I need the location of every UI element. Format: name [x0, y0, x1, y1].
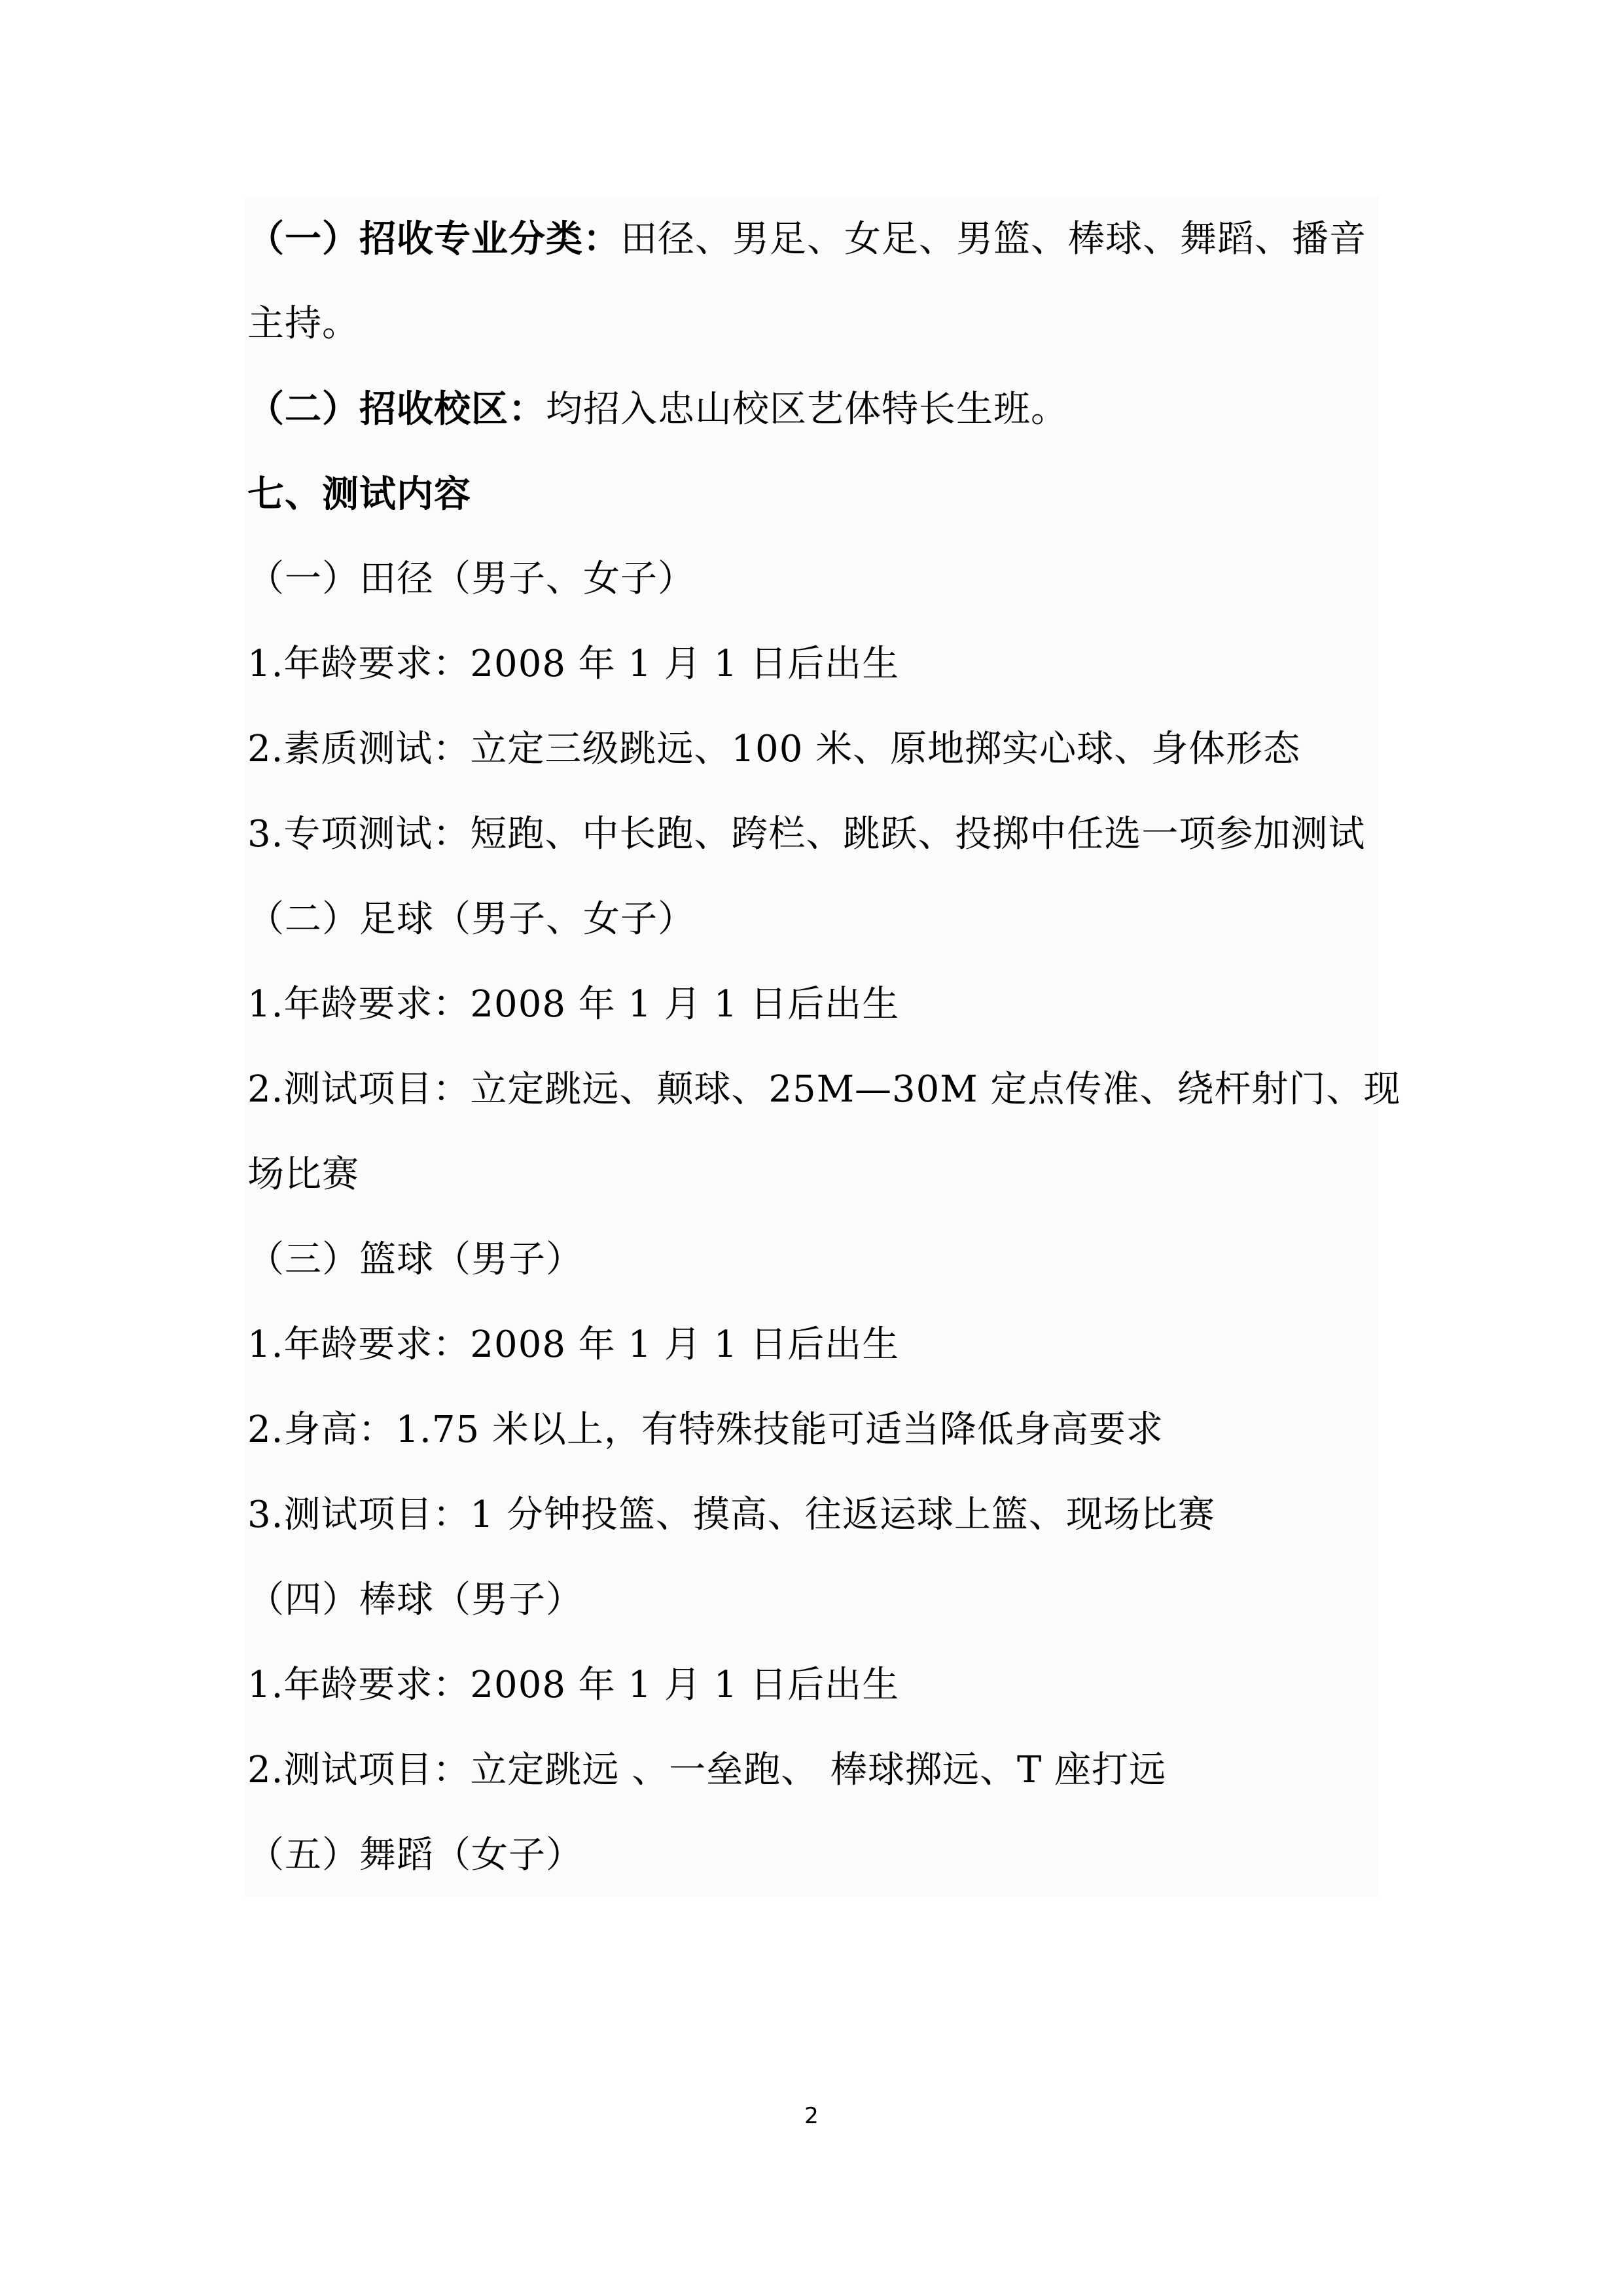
list-item-text: 3.专项测试：短跑、中长跑、跨栏、跳跃、投掷中任选一项参加测试	[247, 813, 1365, 855]
document-body: （一）招收专业分类：田径、男足、女足、男篮、棒球、舞蹈、播音 主持。 （二）招收…	[247, 196, 1378, 1898]
football-age-requirement: 1.年龄要求：2008 年 1 月 1 日后出生	[247, 962, 1378, 1047]
list-item-text: 1.年龄要求：2008 年 1 月 1 日后出生	[247, 1323, 899, 1366]
list-item-text: 2.素质测试：立定三级跳远、100 米、原地掷实心球、身体形态	[247, 728, 1300, 770]
subsection-title: （五）舞蹈（女子）	[247, 1834, 583, 1876]
subsection-basketball: （三）篮球（男子）	[247, 1217, 1378, 1302]
list-item-text: 场比赛	[247, 1153, 359, 1196]
baseball-test-items: 2.测试项目：立定跳远 、一垒跑、 棒球掷远、T 座打远	[247, 1728, 1378, 1813]
recruit-majors-line: （一）招收专业分类：田径、男足、女足、男篮、棒球、舞蹈、播音	[247, 196, 1378, 281]
list-item-text: 2.测试项目：立定跳远 、一垒跑、 棒球掷远、T 座打远	[247, 1749, 1166, 1791]
subsection-baseball: （四）棒球（男子）	[247, 1558, 1378, 1643]
recruit-campus-line: （二）招收校区：均招入忠山校区艺体特长生班。	[247, 367, 1378, 452]
list-item-text: 2.测试项目：立定跳远、颠球、25M—30M 定点传准、绕杆射门、现	[247, 1068, 1400, 1111]
recruit-campus-text: 均招入忠山校区艺体特长生班。	[546, 388, 1068, 431]
list-item-text: 2.身高：1.75 米以上，有特殊技能可适当降低身高要求	[247, 1408, 1164, 1451]
track-specialty-test: 3.专项测试：短跑、中长跑、跨栏、跳跃、投掷中任选一项参加测试	[247, 792, 1378, 877]
list-item-text: 1.年龄要求：2008 年 1 月 1 日后出生	[247, 1664, 899, 1706]
subsection-title: （二）足球（男子、女子）	[247, 898, 695, 941]
recruit-majors-label: （一）招收专业分类：	[247, 217, 620, 260]
basketball-height-requirement: 2.身高：1.75 米以上，有特殊技能可适当降低身高要求	[247, 1388, 1378, 1473]
page-number: 2	[0, 2100, 1623, 2132]
football-test-items: 2.测试项目：立定跳远、颠球、25M—30M 定点传准、绕杆射门、现	[247, 1047, 1378, 1132]
section-heading-test-content: 七、测试内容	[247, 452, 1378, 537]
section-heading-text: 七、测试内容	[247, 473, 471, 516]
baseball-age-requirement: 1.年龄要求：2008 年 1 月 1 日后出生	[247, 1643, 1378, 1728]
recruit-majors-continuation: 主持。	[247, 281, 1378, 367]
subsection-track-field: （一）田径（男子、女子）	[247, 537, 1378, 622]
list-item-text: 1.年龄要求：2008 年 1 月 1 日后出生	[247, 983, 899, 1026]
subsection-dance: （五）舞蹈（女子）	[247, 1813, 1378, 1898]
basketball-age-requirement: 1.年龄要求：2008 年 1 月 1 日后出生	[247, 1302, 1378, 1388]
list-item-text: 3.测试项目：1 分钟投篮、摸高、往返运球上篮、现场比赛	[247, 1494, 1215, 1536]
recruit-campus-label: （二）招收校区：	[247, 387, 546, 431]
recruit-majors-text: 田径、男足、女足、男篮、棒球、舞蹈、播音	[620, 218, 1366, 260]
list-item-text: 1.年龄要求：2008 年 1 月 1 日后出生	[247, 643, 899, 685]
track-fitness-test: 2.素质测试：立定三级跳远、100 米、原地掷实心球、身体形态	[247, 707, 1378, 792]
subsection-title: （三）篮球（男子）	[247, 1238, 583, 1281]
subsection-football: （二）足球（男子、女子）	[247, 877, 1378, 962]
basketball-test-items: 3.测试项目：1 分钟投篮、摸高、往返运球上篮、现场比赛	[247, 1473, 1378, 1558]
subsection-title: （四）棒球（男子）	[247, 1579, 583, 1621]
football-test-items-continuation: 场比赛	[247, 1132, 1378, 1217]
track-age-requirement: 1.年龄要求：2008 年 1 月 1 日后出生	[247, 622, 1378, 707]
subsection-title: （一）田径（男子、女子）	[247, 558, 695, 600]
recruit-majors-continuation-text: 主持。	[247, 302, 359, 345]
